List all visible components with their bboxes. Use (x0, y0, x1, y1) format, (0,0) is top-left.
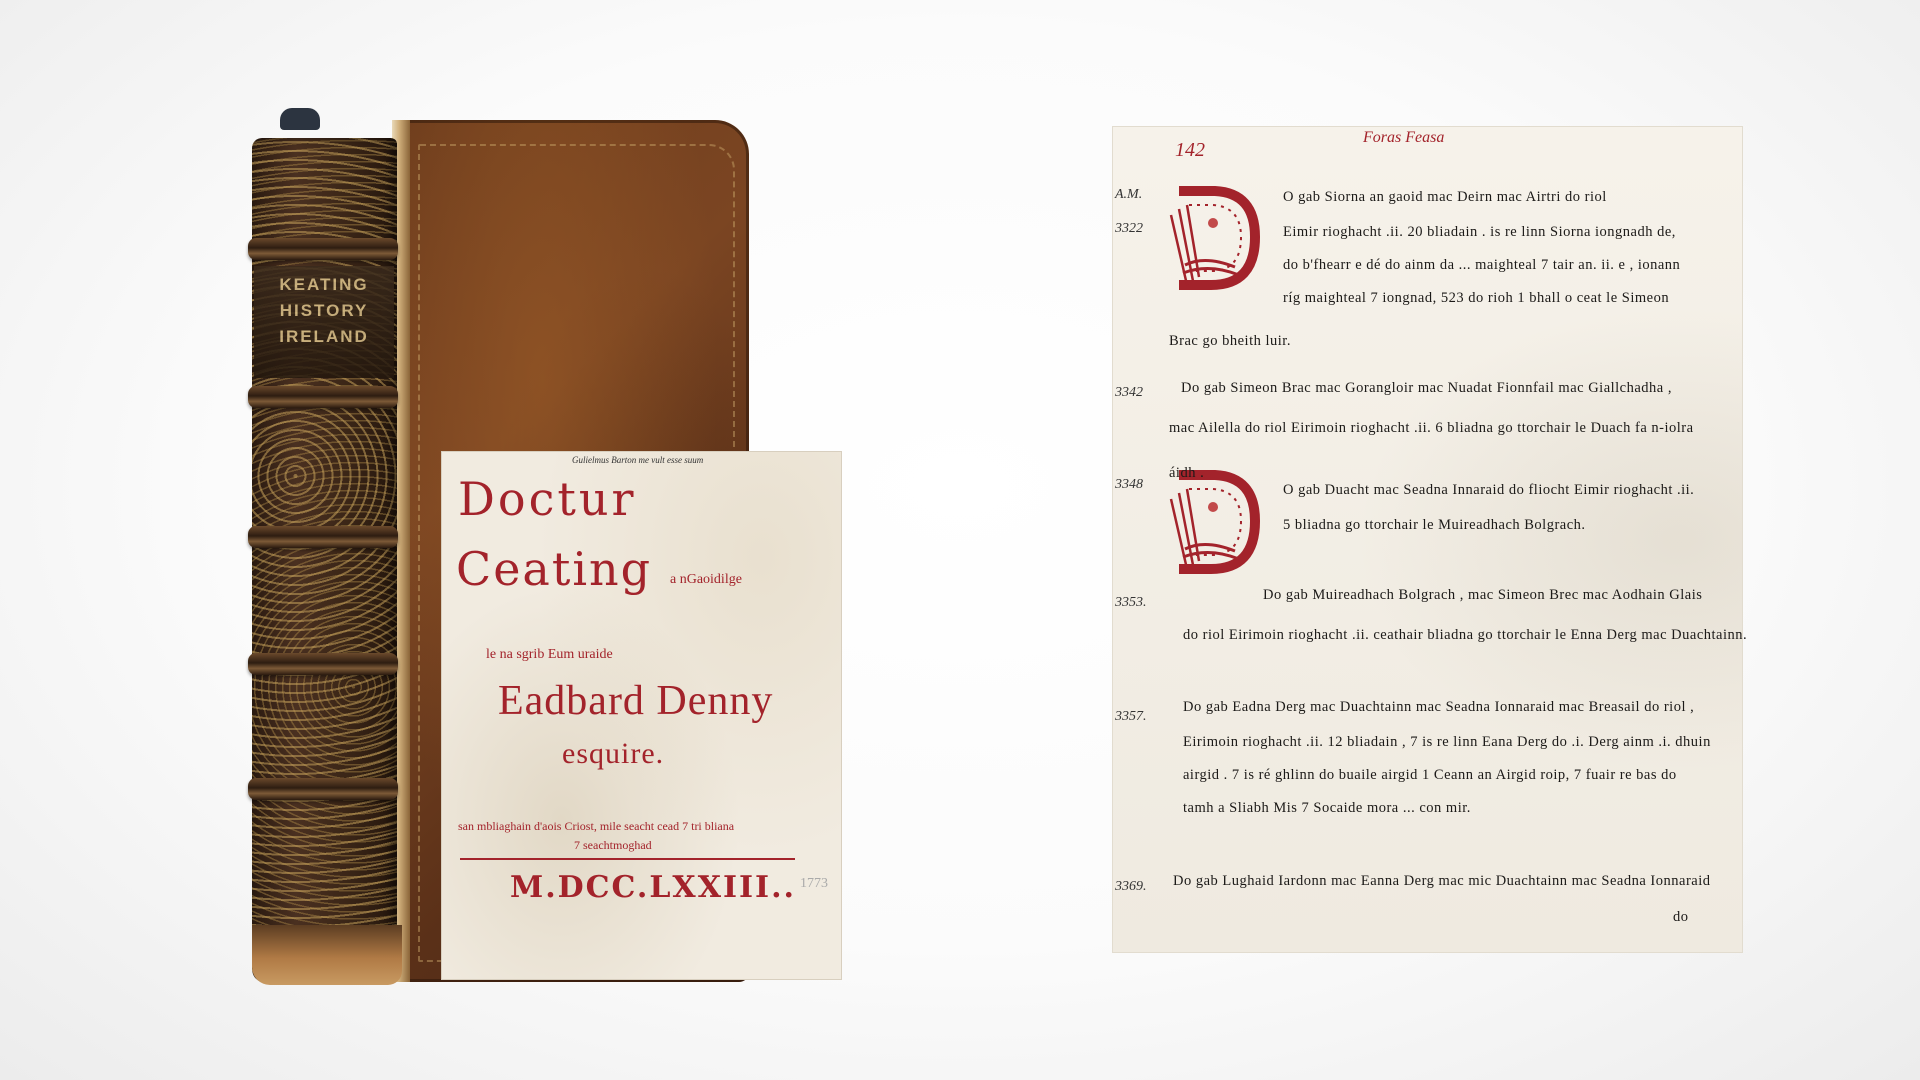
margin-note: 3369. (1115, 879, 1147, 895)
manuscript-line: O gab Siorna an gaoid mac Deirn mac Airt… (1283, 189, 1607, 206)
manuscript-line: do riol Eirimoin rioghacht .ii. ceathair… (1183, 627, 1747, 644)
manuscript-line: Eirimoin rioghacht .ii. 12 bliadain , 7 … (1183, 734, 1711, 751)
title-line-2: Ceating (456, 542, 652, 596)
page-number: 142 (1175, 139, 1205, 162)
title-rule (460, 858, 795, 860)
title-line-1: Doctur (458, 472, 636, 526)
manuscript-line: áidh . (1169, 465, 1204, 482)
title-line-2-sub: a nGaoidilge (670, 572, 742, 588)
margin-note: 3322 (1115, 221, 1143, 237)
manuscript-line: ríg maighteal 7 iongnad, 523 do rioh 1 b… (1283, 290, 1669, 307)
spine-label-line: IRELAND (254, 324, 394, 350)
imprint-line-1: san mbliaghain d'aois Criost, mile seach… (458, 819, 828, 834)
illuminated-initial-d-icon (1165, 185, 1261, 291)
roman-date: M.DCC.LXXIII.. (510, 870, 796, 905)
spine-band (248, 386, 398, 408)
imprint-line-2: 7 seachtmoghad (574, 838, 652, 853)
author-name: Eadbard Denny (498, 677, 773, 725)
margin-note: A.M. (1115, 187, 1142, 203)
manuscript-line: Brac go bheith luir. (1169, 333, 1291, 350)
spine-band (248, 778, 398, 800)
manuscript-line: Do gab Muireadhach Bolgrach , mac Simeon… (1263, 587, 1702, 604)
pencil-note: 1773 (800, 876, 828, 892)
manuscript-line: do b'fhearr e dé do ainm da ... maightea… (1283, 257, 1680, 274)
manuscript-line: Do gab Lughaid Iardonn mac Eanna Derg ma… (1173, 873, 1710, 890)
spine-label-line: HISTORY (254, 298, 394, 324)
margin-note: 3342 (1115, 385, 1143, 401)
margin-note: 3348 (1115, 477, 1143, 493)
margin-note: 3357. (1115, 709, 1147, 725)
title-page: Gulielmus Barton me vult esse suum Doctu… (442, 452, 841, 979)
running-head: Foras Feasa (1363, 129, 1444, 147)
owner-inscription: Gulielmus Barton me vult esse suum (572, 455, 703, 465)
title-line-3: le na sgrib Eum uraide (486, 647, 613, 663)
manuscript-line: tamh a Sliabh Mis 7 Socaide mora ... con… (1183, 800, 1471, 817)
spine-band (248, 653, 398, 675)
author-suffix: esquire. (562, 737, 664, 771)
spine-title-label: KEATING HISTORY IRELAND (254, 266, 394, 378)
illuminated-initial-d-icon (1165, 469, 1261, 575)
manuscript-catchword: do (1673, 909, 1689, 926)
manuscript-line: 5 bliadna go ttorchair le Muireadhach Bo… (1283, 517, 1586, 534)
book-spine: KEATING HISTORY IRELAND (252, 138, 397, 983)
manuscript-line: airgid . 7 is ré ghlinn do buaile airgid… (1183, 767, 1677, 784)
spine-band (248, 526, 398, 548)
spine-worn-tail (252, 925, 402, 985)
manuscript-line: Eimir rioghacht .ii. 20 bliadain . is re… (1283, 224, 1676, 241)
spine-band (248, 238, 398, 260)
manuscript-line: Do gab Eadna Derg mac Duachtainn mac Sea… (1183, 699, 1694, 716)
manuscript-line: O gab Duacht mac Seadna Innaraid do flio… (1283, 482, 1694, 499)
manuscript-page: 142 Foras Feasa A.M. 3322 3342 3348 3353… (1113, 127, 1742, 952)
manuscript-line: Do gab Simeon Brac mac Gorangloir mac Nu… (1181, 380, 1672, 397)
manuscript-line: mac Ailella do riol Eirimoin rioghacht .… (1169, 420, 1694, 437)
spine-label-line: KEATING (254, 272, 394, 298)
book-clasp (280, 108, 320, 130)
margin-note: 3353. (1115, 595, 1147, 611)
